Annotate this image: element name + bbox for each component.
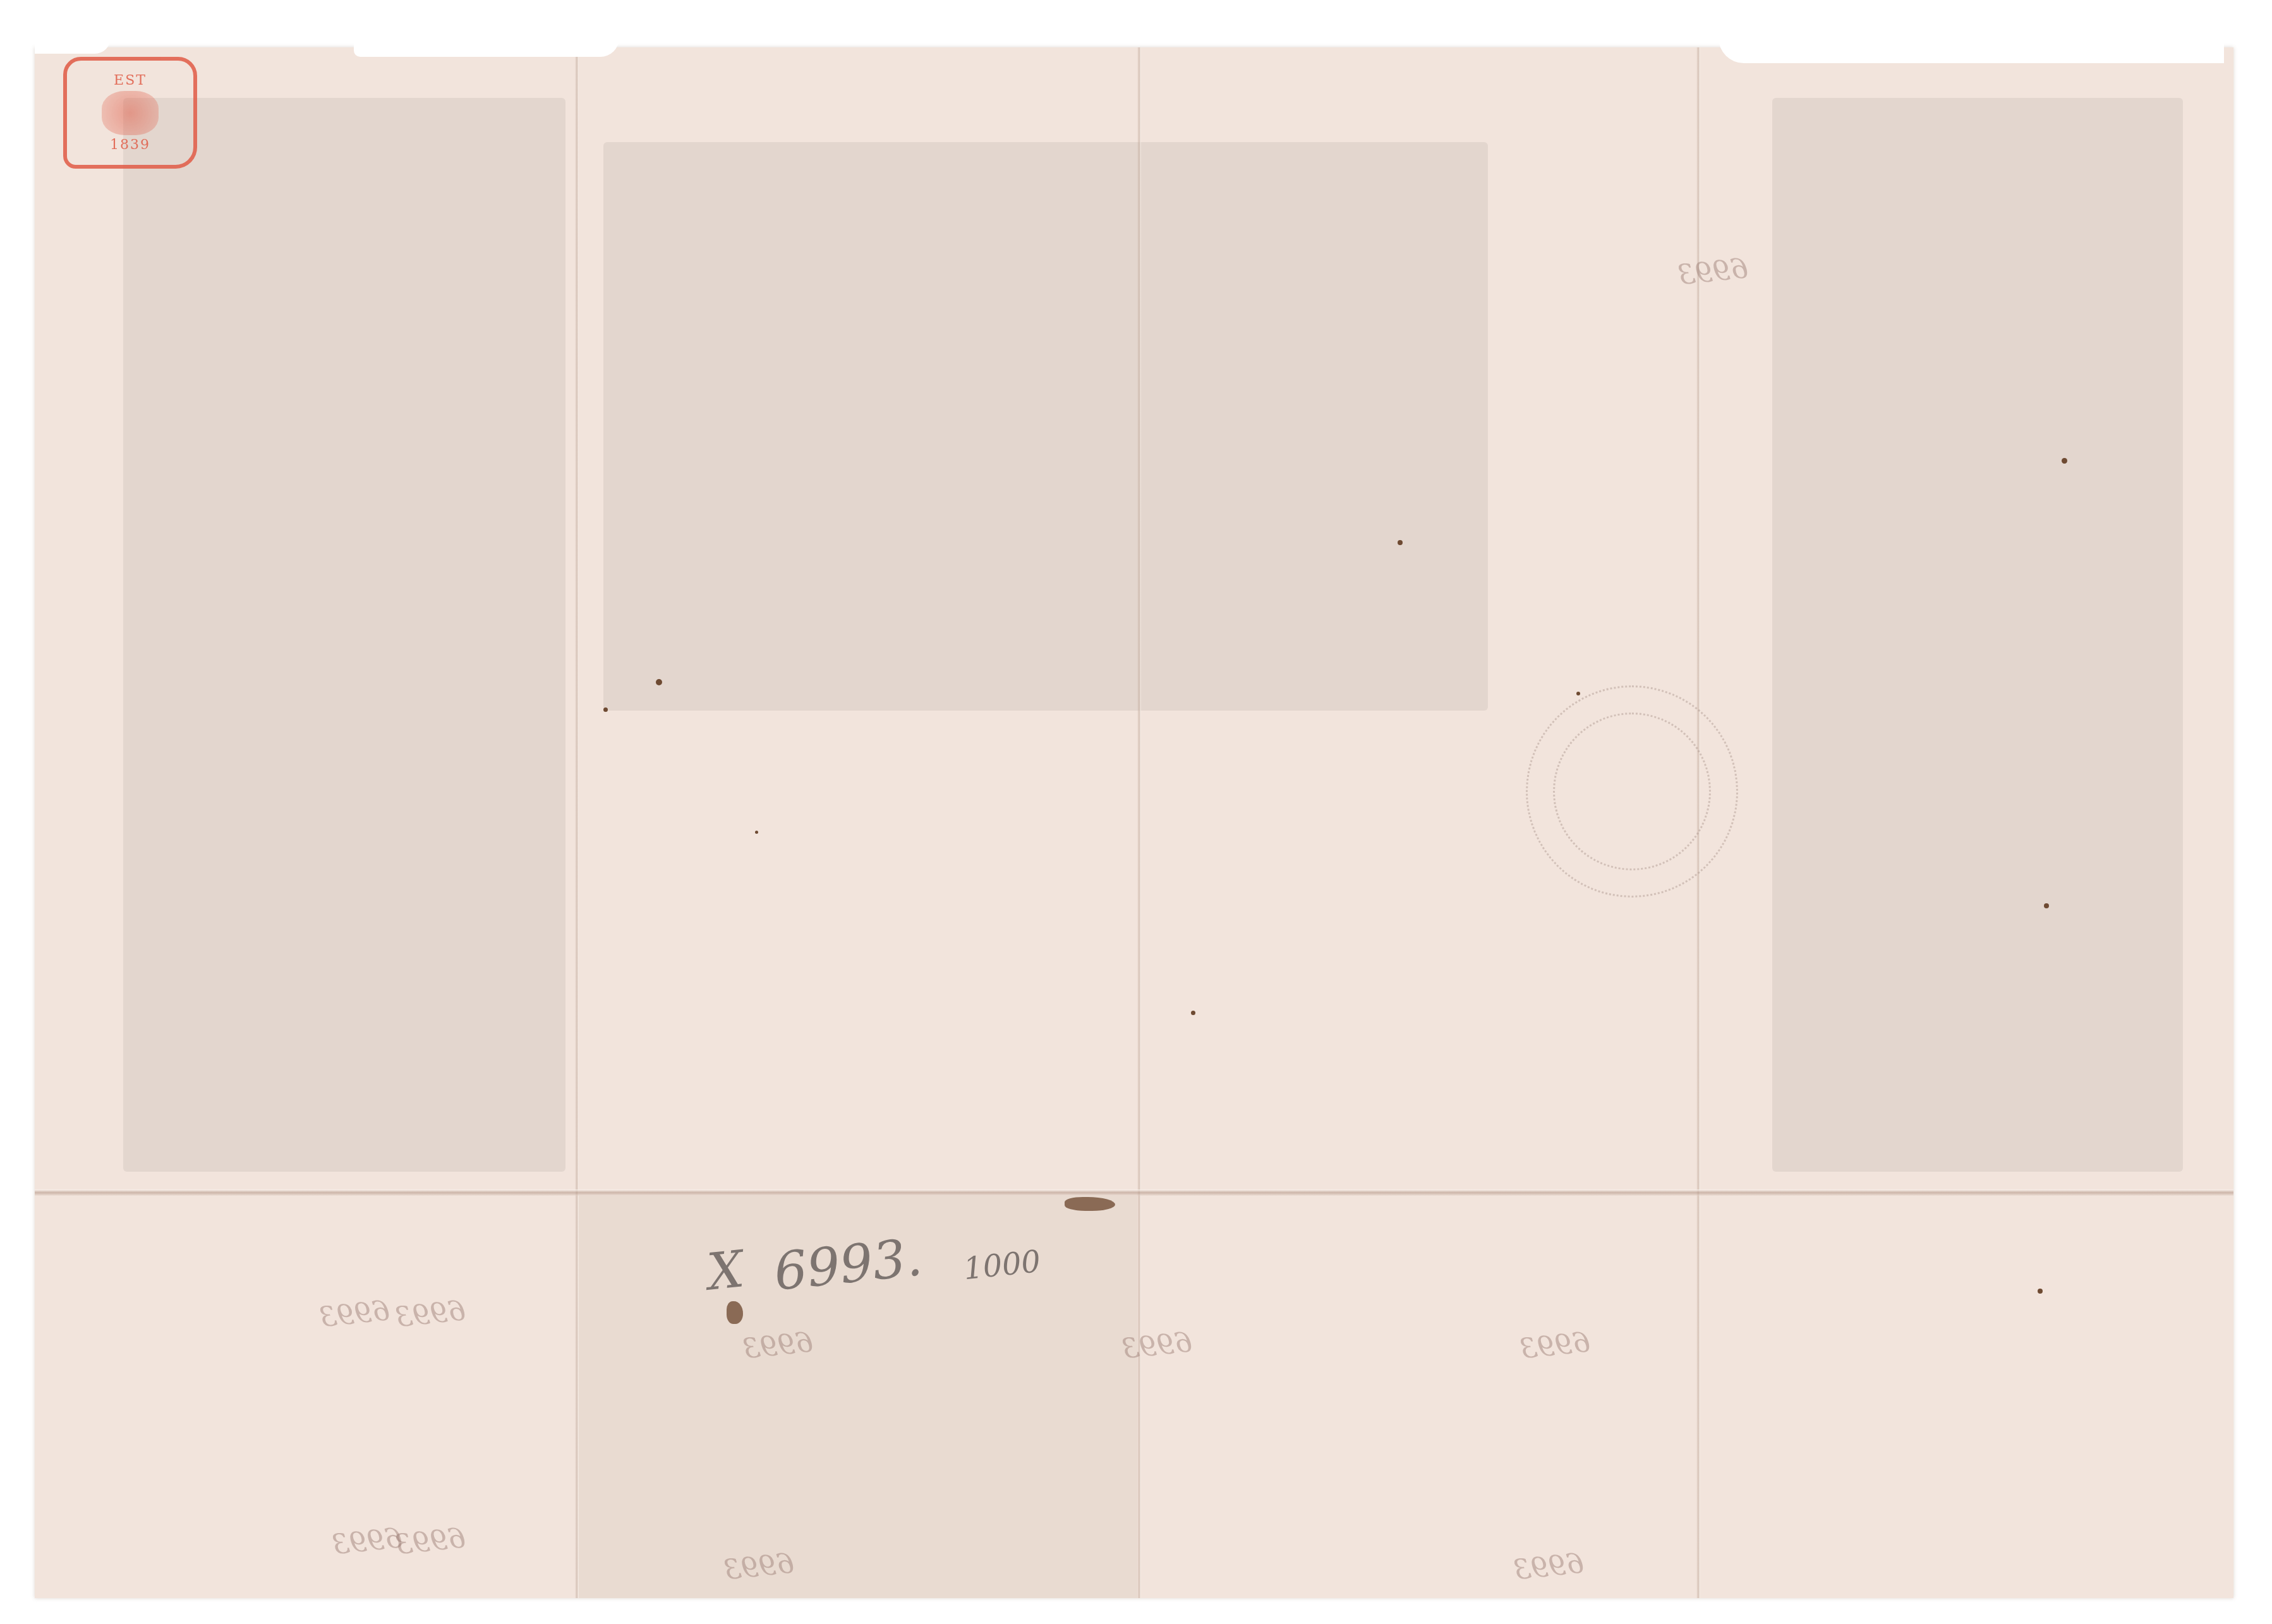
stamp-emblem-icon xyxy=(102,91,159,135)
bleed-through-block xyxy=(603,142,1488,711)
fold-line-vertical xyxy=(1137,47,1141,1598)
red-ink-stamp: EST 1839 xyxy=(63,57,197,169)
ink-stain xyxy=(727,1301,743,1324)
ghost-number: 6993 xyxy=(1676,252,1750,291)
bleed-through-block xyxy=(1772,98,2183,1172)
foxing-spot xyxy=(656,679,662,685)
foxing-spot xyxy=(1576,692,1580,695)
torn-edge xyxy=(35,38,111,54)
ghost-number: 6993 xyxy=(394,1294,468,1333)
torn-edge xyxy=(354,38,619,57)
fold-line-horizontal xyxy=(35,1189,2233,1196)
embossed-seal xyxy=(1526,685,1738,898)
edge-stain xyxy=(1065,1197,1115,1211)
ghost-number: 6993 xyxy=(330,1522,404,1561)
stamp-text-bottom: 1839 xyxy=(110,138,150,153)
ghost-number: 6993 xyxy=(1120,1326,1194,1365)
ghost-number: 6993 xyxy=(318,1294,392,1333)
stamp-text-top: EST xyxy=(114,73,147,88)
foxing-spot xyxy=(2062,458,2067,464)
ghost-number: 6993 xyxy=(1518,1326,1592,1365)
foxing-spot xyxy=(1191,1011,1195,1015)
foxing-spot xyxy=(755,831,758,834)
foxing-spot xyxy=(2044,903,2049,908)
document-sheet: 6993 6993 6993 6993 6993 6993 6993 6993 … xyxy=(35,47,2233,1598)
bleed-through-block xyxy=(123,98,565,1172)
torn-edge xyxy=(1719,38,2224,63)
foxing-spot xyxy=(1398,540,1403,545)
ghost-number: 6993 xyxy=(1512,1547,1586,1586)
foxing-spot xyxy=(2038,1289,2043,1294)
ghost-number: 6993 xyxy=(394,1522,468,1561)
foxing-spot xyxy=(603,707,608,712)
handwritten-prefix: X xyxy=(704,1239,746,1301)
